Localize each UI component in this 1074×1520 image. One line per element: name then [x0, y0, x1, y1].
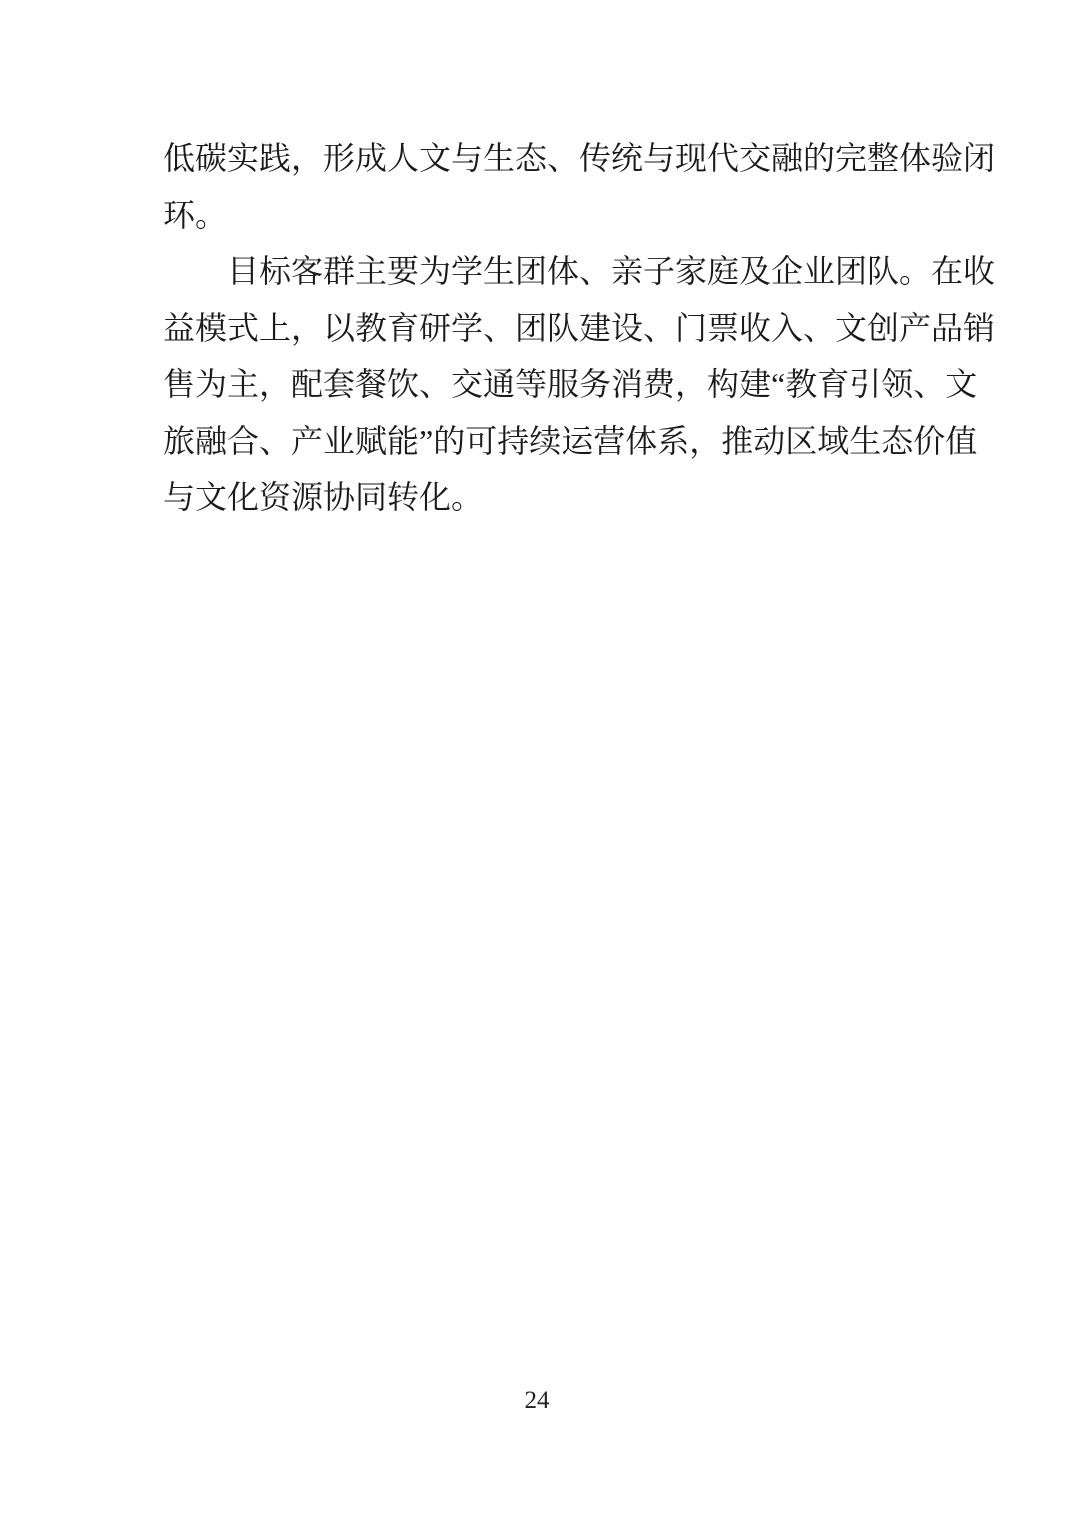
page-body-text: 低碳实践，形成人文与生态、传统与现代交融的完整体验闭 环。 目标客群主要为学生团… [163, 130, 910, 526]
paragraph: 低碳实践，形成人文与生态、传统与现代交融的完整体验闭 环。 [163, 130, 910, 243]
text-line: 目标客群主要为学生团体、亲子家庭及企业团队。在收 [163, 243, 910, 300]
text-line: 低碳实践，形成人文与生态、传统与现代交融的完整体验闭 [163, 130, 910, 187]
text-line: 旅融合、产业赋能”的可持续运营体系，推动区域生态价值 [163, 413, 910, 470]
text-line: 环。 [163, 187, 910, 244]
paragraph: 目标客群主要为学生团体、亲子家庭及企业团队。在收 益模式上，以教育研学、团队建设… [163, 243, 910, 526]
document-page: 低碳实践，形成人文与生态、传统与现代交融的完整体验闭 环。 目标客群主要为学生团… [0, 0, 1074, 1520]
text-line: 益模式上，以教育研学、团队建设、门票收入、文创产品销 [163, 300, 910, 357]
text-line: 售为主，配套餐饮、交通等服务消费，构建“教育引领、文 [163, 356, 910, 413]
page-number: 24 [525, 1387, 550, 1414]
text-line: 与文化资源协同转化。 [163, 469, 910, 526]
page-footer: 24 [0, 1386, 1074, 1416]
